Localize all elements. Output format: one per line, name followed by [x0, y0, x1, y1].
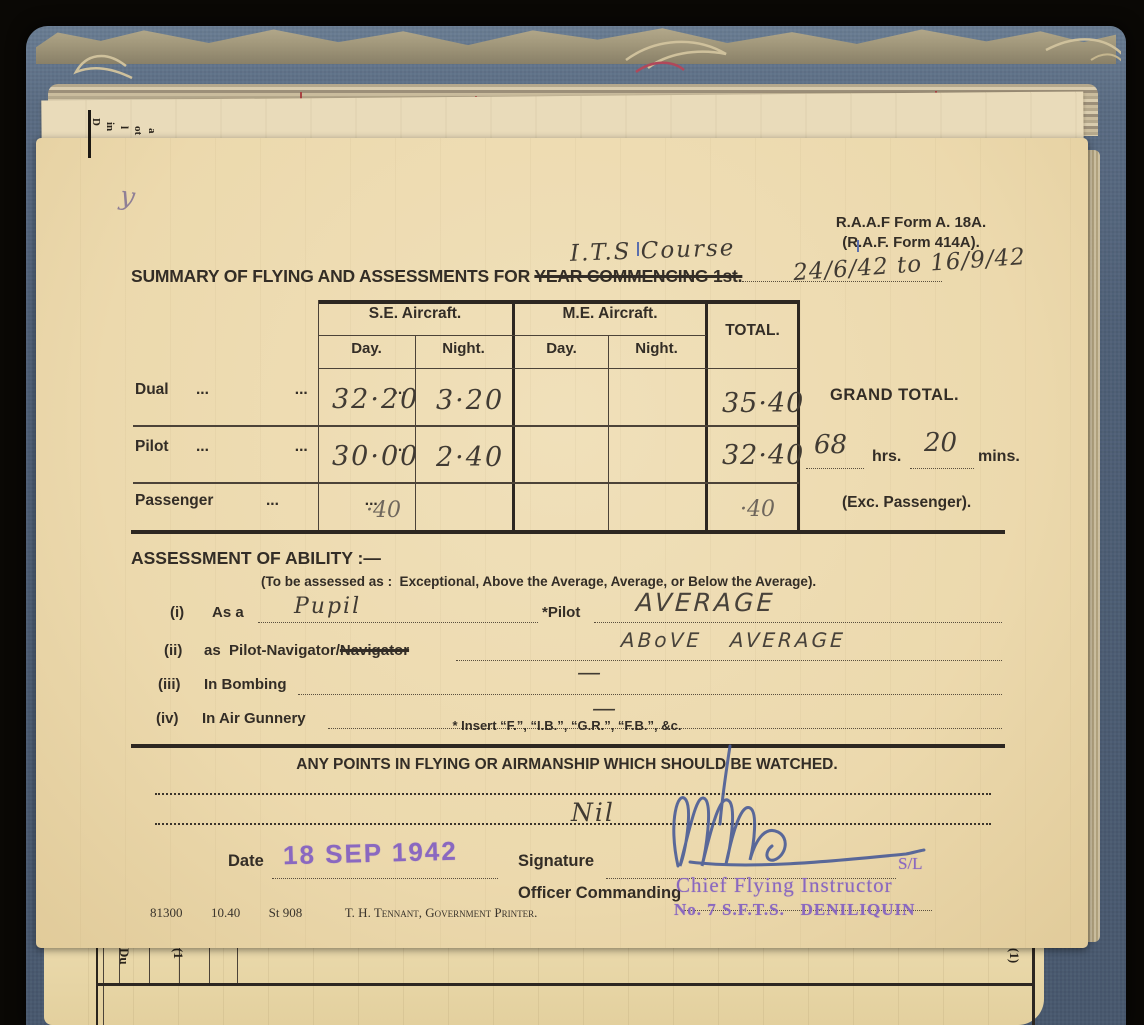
form-page: y R.A.A.F Form A. 18A. (R.A.F. Form 414A…: [36, 138, 1088, 948]
item-iii-num: (iii): [158, 676, 181, 693]
item-ii-num: (ii): [164, 642, 182, 659]
signature-label: Signature: [518, 852, 594, 871]
underlying-page-bottom: Du (1 (1): [44, 946, 1044, 1025]
col-se-day: Day.: [318, 340, 415, 357]
date-label: Date: [228, 852, 264, 871]
cell-pilot-total: 32·40: [722, 440, 804, 471]
pencil-check-mark: y: [118, 181, 137, 213]
assessment-footnote: * Insert “F.”, “I.B.”, “G.R.”, “F.B.”, &…: [131, 718, 1003, 733]
cell-dual-total: 35·40: [722, 388, 804, 419]
oc-stamp-title: Chief Flying Instructor: [676, 873, 893, 898]
cell-passenger-se-day: ·40: [366, 498, 401, 523]
cell-passenger-total: ·40: [740, 497, 775, 522]
item-iii-value: —: [577, 658, 601, 686]
form-title-struck-text: YEAR COMMENCING 1st.: [534, 266, 742, 286]
course-annotation: I.T.S Course: [570, 235, 736, 267]
col-total: TOTAL.: [708, 322, 797, 340]
assessment-instruction: (To be assessed as : Exceptional, Above …: [261, 574, 816, 589]
leader-dots: ... ...: [266, 492, 378, 510]
hours-unit: hrs.: [872, 448, 901, 466]
under-page-column-label: (1): [1006, 948, 1022, 963]
cell-dual-se-day: 32·20: [332, 384, 419, 415]
red-thread: [636, 63, 684, 72]
officer-commanding-label: Officer Commanding: [518, 884, 681, 903]
mins-unit: mins.: [978, 448, 1020, 466]
date-stamp: 18 SEP 1942: [283, 836, 459, 872]
item-ii-struck: Navigator: [340, 642, 409, 659]
grand-total-label: GRAND TOTAL.: [830, 386, 959, 405]
cell-dual-se-night: 3·20: [436, 385, 504, 416]
form-ref-raaf: R.A.A.F Form A. 18A.: [796, 214, 1026, 231]
grand-total-hours: 68: [814, 430, 847, 460]
signature-scribble: [634, 738, 934, 888]
section-rule: [131, 530, 1005, 534]
item-i-value: AVERAGE: [635, 588, 776, 617]
item-ii-value: ABoVE AVERAGE: [620, 628, 846, 652]
col-me-day: Day.: [515, 340, 608, 357]
col-group-se: S.E. Aircraft.: [318, 305, 512, 323]
printer-name: T. H. Tennant, Government Printer.: [345, 905, 538, 920]
assessment-heading: ASSESSMENT OF ABILITY :—: [131, 548, 381, 569]
under-page-column-label: (1: [170, 948, 186, 959]
page-edge-sliver: [1086, 150, 1100, 942]
scanned-logbook-photo: Du (1 (1) y R.A.A.F Form A. 18A. (R.A.F.…: [0, 0, 1144, 1025]
item-i-num: (i): [170, 604, 184, 621]
blue-ink-tick: [637, 242, 639, 256]
col-group-me: M.E. Aircraft.: [515, 305, 705, 323]
under-page-column-label: Du: [116, 948, 132, 965]
signature-rank: S/L: [898, 854, 923, 874]
form-title: SUMMARY OF FLYING AND ASSESSMENTS FOR: [131, 266, 534, 286]
blue-ink-tick: [857, 240, 859, 252]
watch-entry: Nil: [571, 798, 615, 827]
grand-total-note: (Exc. Passenger).: [842, 494, 971, 512]
grand-total-mins: 20: [924, 428, 957, 458]
cell-pilot-se-day: 30·00: [332, 441, 419, 472]
item-i-fill: Pupil: [294, 594, 361, 619]
cell-pilot-se-night: 2·40: [436, 442, 504, 473]
col-me-night: Night.: [608, 340, 705, 357]
col-se-night: Night.: [415, 340, 512, 357]
oc-stamp-unit: No. 7 S.F.T.S. DENILIQUIN: [674, 900, 915, 920]
printer-imprint: 81300 10.40 St 908 T. H. Tennant, Govern…: [150, 904, 537, 922]
